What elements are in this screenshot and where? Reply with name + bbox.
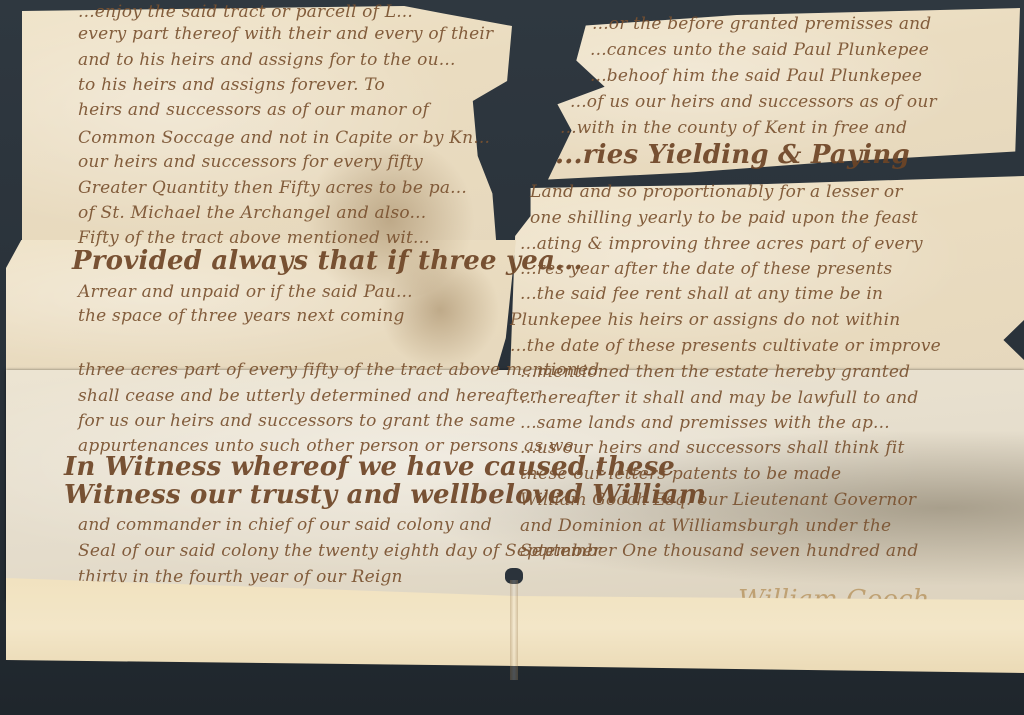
manuscript-line: ...hereafter it shall and may be lawfull… [520,388,918,408]
manuscript-line: ...us our heirs and successors shall thi… [520,438,905,458]
manuscript-line: these our letters patents to be made [520,464,841,484]
manuscript-line: ...same lands and premisses with the ap.… [520,413,890,433]
manuscript-line: Common Soccage and not in Capite or by K… [78,128,490,148]
manuscript-line: Plunkepee his heirs or assigns do not wi… [510,310,900,330]
manuscript-line: ...mentioned then the estate hereby gran… [520,362,910,382]
manuscript-line: heirs and successors as of our manor of [78,100,429,120]
manuscript-line: every part thereof with their and every … [78,24,493,44]
manuscript-line: our heirs and successors for every fifty [78,152,423,172]
manuscript-line: one shilling yearly to be paid upon the … [530,208,918,228]
manuscript-line: September One thousand seven hundred and [520,541,918,561]
manuscript-line: and to his heirs and assigns for to the … [78,50,456,70]
manuscript-line: ...ating & improving three acres part of… [520,234,923,254]
manuscript-line: ...res year after the date of these pres… [520,259,892,279]
manuscript-line: ...the said fee rent shall at any time b… [520,284,883,304]
manuscript-line: and commander in chief of our said colon… [78,515,492,535]
manuscript-line: Fifty of the tract above mentioned wit..… [78,228,430,248]
manuscript-line: and Dominion at Williamsburgh under the [520,516,891,536]
manuscript-line: ...the date of these presents cultivate … [510,336,941,356]
manuscript-line: for us our heirs and successors to grant… [78,411,516,431]
manuscript-line: ...or the before granted premisses and [592,14,931,34]
manuscript-line: Land and so proportionably for a lesser … [530,182,903,202]
manuscript-line-provided: Provided always that if three yea... [72,246,583,276]
manuscript-line: shall cease and be utterly determined an… [78,386,538,406]
manuscript-line: ...enjoy the said tract or parcell of L.… [78,2,413,22]
manuscript-line: the space of three years next coming [78,306,405,326]
manuscript-line: ...cances unto the said Paul Plunkepee [590,40,929,60]
manuscript-line: to his heirs and assigns forever. To [78,75,385,95]
manuscript-line: of St. Michael the Archangel and also... [78,203,426,223]
manuscript-line: Arrear and unpaid or if the said Pau... [78,282,413,302]
fold-crease [510,580,518,680]
manuscript-line: ...with in the county of Kent in free an… [560,118,907,138]
manuscript-line: ...of us our heirs and successors as of … [570,92,937,112]
manuscript-line: Greater Quantity then Fifty acres to be … [78,178,467,198]
manuscript-line: ...behoof him the said Paul Plunkepee [590,66,922,86]
manuscript-line-yielding: ...ries Yielding & Paying [555,140,910,170]
manuscript-line: William Gooch Esq. our Lieutenant Govern… [520,490,916,510]
